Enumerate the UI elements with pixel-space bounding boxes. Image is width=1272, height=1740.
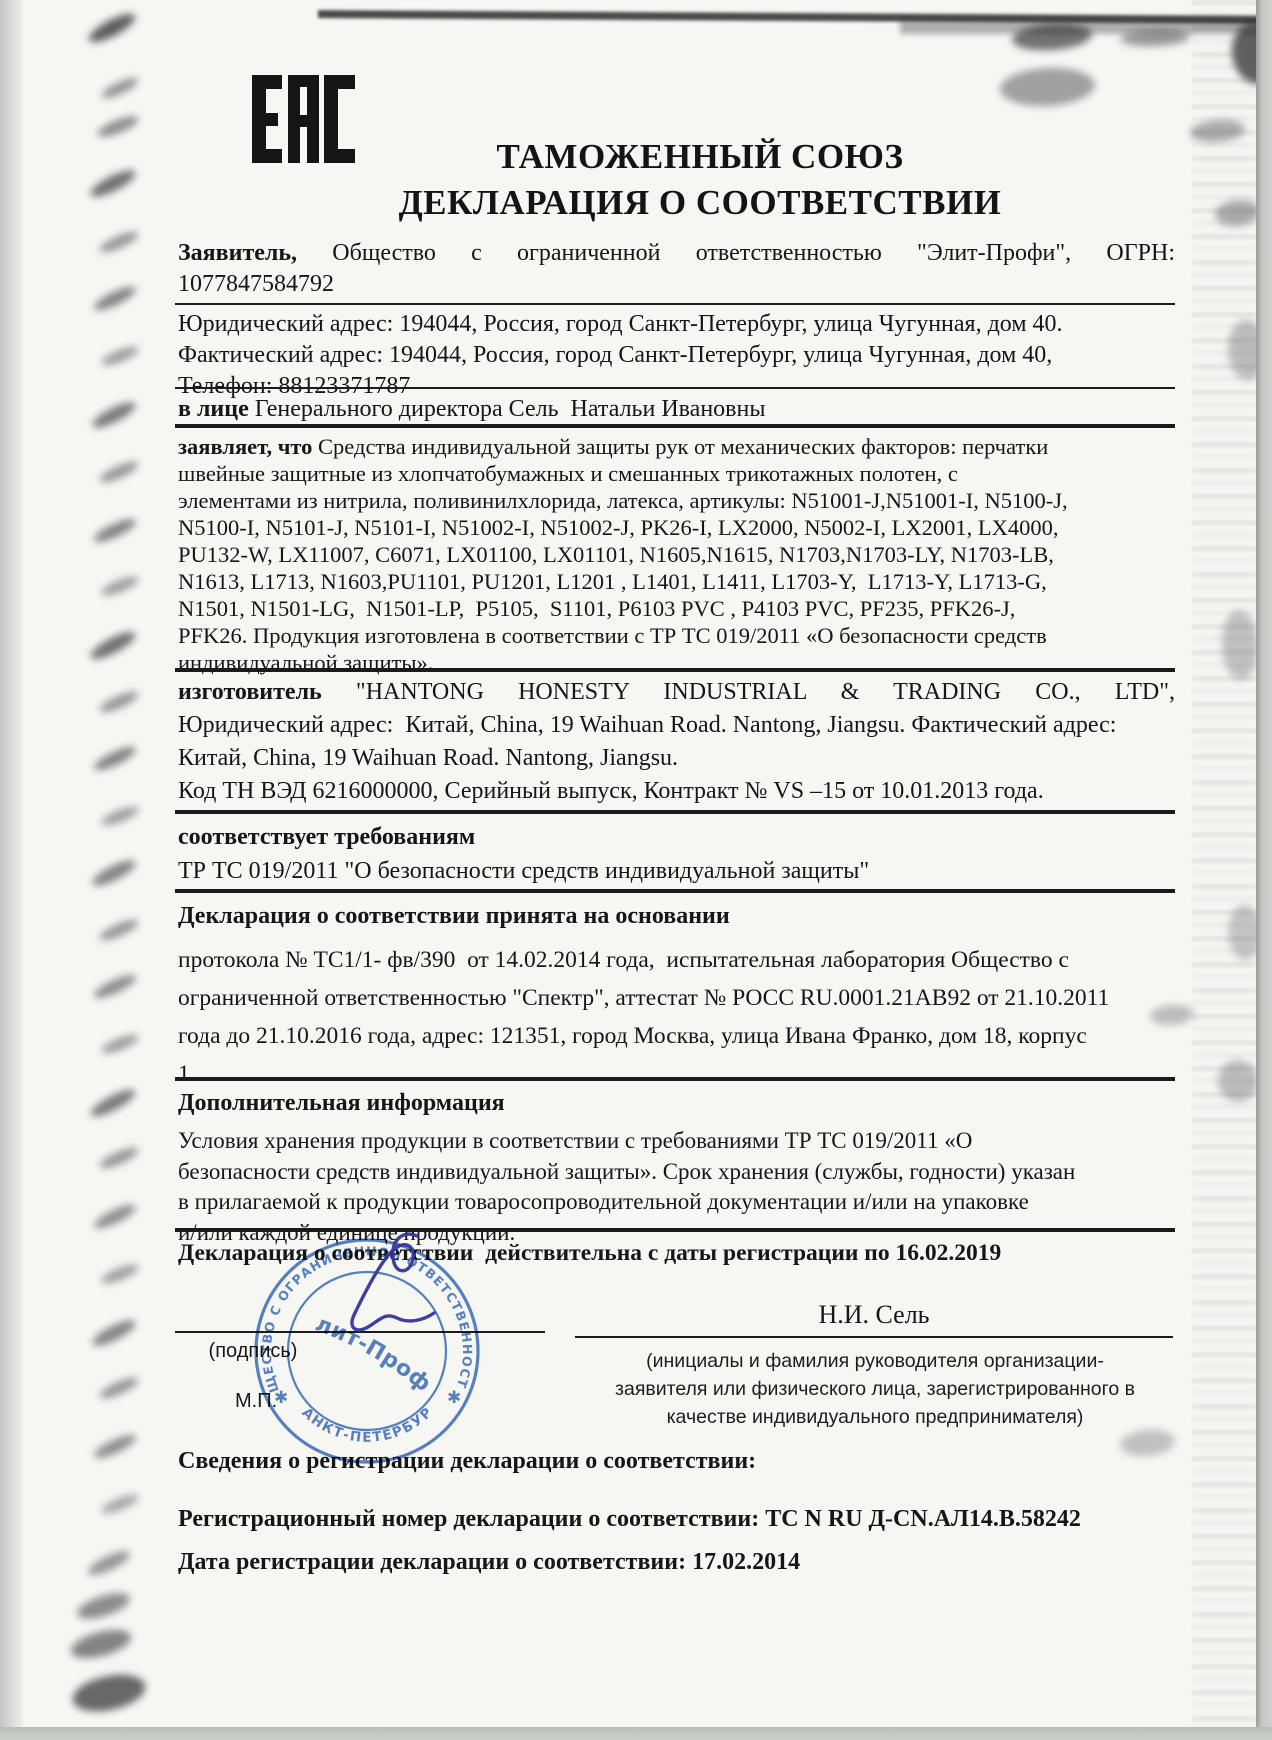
scanner-edge-left	[0, 0, 23, 1740]
additional-heading: Дополнительная информация	[178, 1088, 1175, 1119]
manufacturer-tnved-line: Код ТН ВЭД 6216000000, Серийный выпуск, …	[178, 775, 1175, 808]
scan-smudge	[95, 112, 141, 141]
scan-smudge	[97, 1144, 140, 1172]
scanner-edge-bottom	[0, 1727, 1272, 1740]
scan-smudge	[999, 66, 1096, 109]
conformity-section: соответствует требованиям ТР ТС 019/2011…	[178, 820, 1175, 888]
basis-heading: Декларация о соответствии принята на осн…	[178, 901, 1175, 932]
scan-smudge	[99, 803, 141, 829]
declares-label: заявляет, что	[178, 434, 312, 459]
head-name: Н.И. Сель	[575, 1300, 1173, 1330]
conformity-heading: соответствует требованиям	[178, 820, 1175, 854]
scan-streaks-right	[1192, 0, 1256, 1740]
additional-line: в прилагаемой к продукции товаросопровод…	[178, 1187, 1175, 1218]
representative-line: в лице Генерального директора Сель Натал…	[178, 394, 1175, 425]
scan-smudge	[99, 573, 141, 599]
scan-smudge	[87, 165, 138, 201]
document-title: ТАМОЖЕННЫЙ СОЮЗ ДЕКЛАРАЦИЯ О СООТВЕТСТВИ…	[330, 134, 1070, 226]
scan-smudge	[87, 627, 138, 664]
additional-line: Условия хранения продукции в соответстви…	[178, 1126, 1175, 1157]
manufacturer-label: изготовитель	[178, 679, 322, 705]
scan-smudge	[74, 1588, 132, 1624]
legal-address-line: Юридический адрес: 194044, Россия, город…	[178, 309, 1175, 340]
stamp-star-right: ✱	[447, 1388, 461, 1408]
section-divider-4	[175, 668, 1175, 672]
actual-address-line: Фактический адрес: 194044, Россия, город…	[178, 340, 1175, 371]
applicant-label: Заявитель,	[178, 240, 297, 266]
scan-smudge	[99, 1031, 141, 1057]
basis-line: ограниченной ответственностью "Спектр", …	[178, 979, 1175, 1017]
scan-smudge	[91, 1201, 138, 1233]
scan-smudge	[89, 856, 138, 890]
manufacturer-paragraph: изготовитель "HANTONG HONESTY INDUSTRIAL…	[178, 676, 1175, 808]
scan-smudge	[91, 283, 138, 315]
handwritten-signature	[320, 1228, 470, 1366]
scan-smudge	[99, 74, 140, 102]
head-caption-line: качестве индивидуального предпринимателя…	[555, 1403, 1195, 1431]
scanner-edge-right	[1256, 0, 1272, 1740]
scan-smudge	[69, 1669, 148, 1718]
declares-line: N1501, N1501-LG, N1501-LP, P5105, S1101,…	[178, 595, 1175, 622]
basis-section: Декларация о соответствии принята на осн…	[178, 901, 1175, 1093]
registration-date-label: Дата регистрации декларации о соответств…	[178, 1549, 692, 1575]
scan-smudge	[97, 228, 140, 256]
registration-date-value: 17.02.2014	[692, 1549, 800, 1575]
scan-smudge	[91, 743, 138, 775]
manufacturer-legal-address: Юридический адрес: Китай, China, 19 Waih…	[178, 709, 1175, 742]
applicant-line-1: Заявитель, Общество с ограниченной ответ…	[178, 238, 1175, 269]
scan-smudge	[97, 688, 140, 716]
scan-smudge	[89, 1316, 138, 1350]
scan-smudge	[68, 1624, 134, 1663]
scan-smudge	[85, 9, 138, 48]
registration-number-line: Регистрационный номер декларации о соотв…	[178, 1506, 1175, 1533]
representative-name: Генерального директора Сель Натальи Иван…	[249, 396, 766, 422]
section-divider-1	[175, 303, 1175, 305]
section-divider-5	[175, 810, 1175, 814]
head-caption-line: (инициалы и фамилия руководителя организ…	[555, 1347, 1195, 1375]
declares-line: PFK26. Продукция изготовлена в соответст…	[178, 622, 1175, 649]
declares-line: N1613, L1713, N1603,PU1101, PU1201, L120…	[178, 568, 1175, 595]
scan-smudge	[89, 398, 138, 432]
stamp-star-left: ✱	[274, 1388, 288, 1408]
applicant-ogrn: 1077847584792	[178, 269, 1175, 300]
scan-smudge	[97, 1374, 140, 1402]
conformity-body: ТР ТС 019/2011 "О безопасности средств и…	[178, 854, 1175, 888]
manufacturer-actual-address: Китай, China, 19 Waihuan Road. Nantong, …	[178, 742, 1175, 775]
section-divider-6	[175, 889, 1175, 893]
basis-line: года до 21.10.2016 года, адрес: 121351, …	[178, 1017, 1175, 1055]
scan-smudge	[99, 343, 141, 369]
additional-line: безопасности средств индивидуальной защи…	[178, 1157, 1175, 1188]
head-caption-line: заявителя или физического лица, зарегист…	[555, 1375, 1195, 1403]
manufacturer-name: "HANTONG HONESTY INDUSTRIAL & TRADING CO…	[322, 679, 1175, 705]
declaration-statement: заявляет, что Средства индивидуальной за…	[178, 433, 1175, 676]
title-line-2: ДЕКЛАРАЦИЯ О СООТВЕТСТВИИ	[330, 180, 1070, 226]
scan-smudge	[88, 1085, 139, 1121]
signature-line-right	[575, 1336, 1173, 1338]
scan-smudge	[97, 458, 140, 486]
scan-smudge	[97, 916, 140, 944]
declares-line: заявляет, что Средства индивидуальной за…	[178, 433, 1175, 460]
registration-number-value: ТС N RU Д-CN.АЛ14.В.58242	[765, 1506, 1081, 1532]
applicant-name: Общество с ограниченной ответственностью…	[297, 240, 1175, 266]
head-caption: (инициалы и фамилия руководителя организ…	[555, 1347, 1195, 1431]
scan-smudge	[91, 515, 138, 546]
registration-number-label: Регистрационный номер декларации о соотв…	[178, 1506, 765, 1532]
scan-smudge	[91, 1431, 138, 1462]
registration-date-line: Дата регистрации декларации о соответств…	[178, 1549, 1175, 1576]
section-divider-7	[175, 1077, 1175, 1081]
declares-line: элементами из нитрила, поливинилхлорида,…	[178, 487, 1175, 514]
section-divider-2	[175, 387, 1175, 389]
declares-line: швейные защитные из хлопчатобумажных и с…	[178, 460, 1175, 487]
representative-label: в лице	[178, 396, 249, 422]
scan-smudge	[99, 1491, 141, 1517]
title-line-1: ТАМОЖЕННЫЙ СОЮЗ	[330, 134, 1070, 180]
additional-info-section: Дополнительная информация Условия хранен…	[178, 1088, 1175, 1248]
scan-smudge	[85, 1547, 132, 1580]
scan-smudge	[91, 971, 138, 1002]
basis-line: протокола № ТС1/1- фв/390 от 14.02.2014 …	[178, 941, 1175, 979]
declares-line: N5100-I, N5101-J, N5101-I, N51002-I, N51…	[178, 514, 1175, 541]
declares-line: PU132-W, LX11007, C6071, LX01100, LX0110…	[178, 541, 1175, 568]
section-divider-3	[175, 424, 1175, 428]
applicant-paragraph: Заявитель, Общество с ограниченной ответ…	[178, 238, 1175, 300]
manufacturer-line-1: изготовитель "HANTONG HONESTY INDUSTRIAL…	[178, 676, 1175, 709]
scan-smudge	[99, 1261, 141, 1287]
